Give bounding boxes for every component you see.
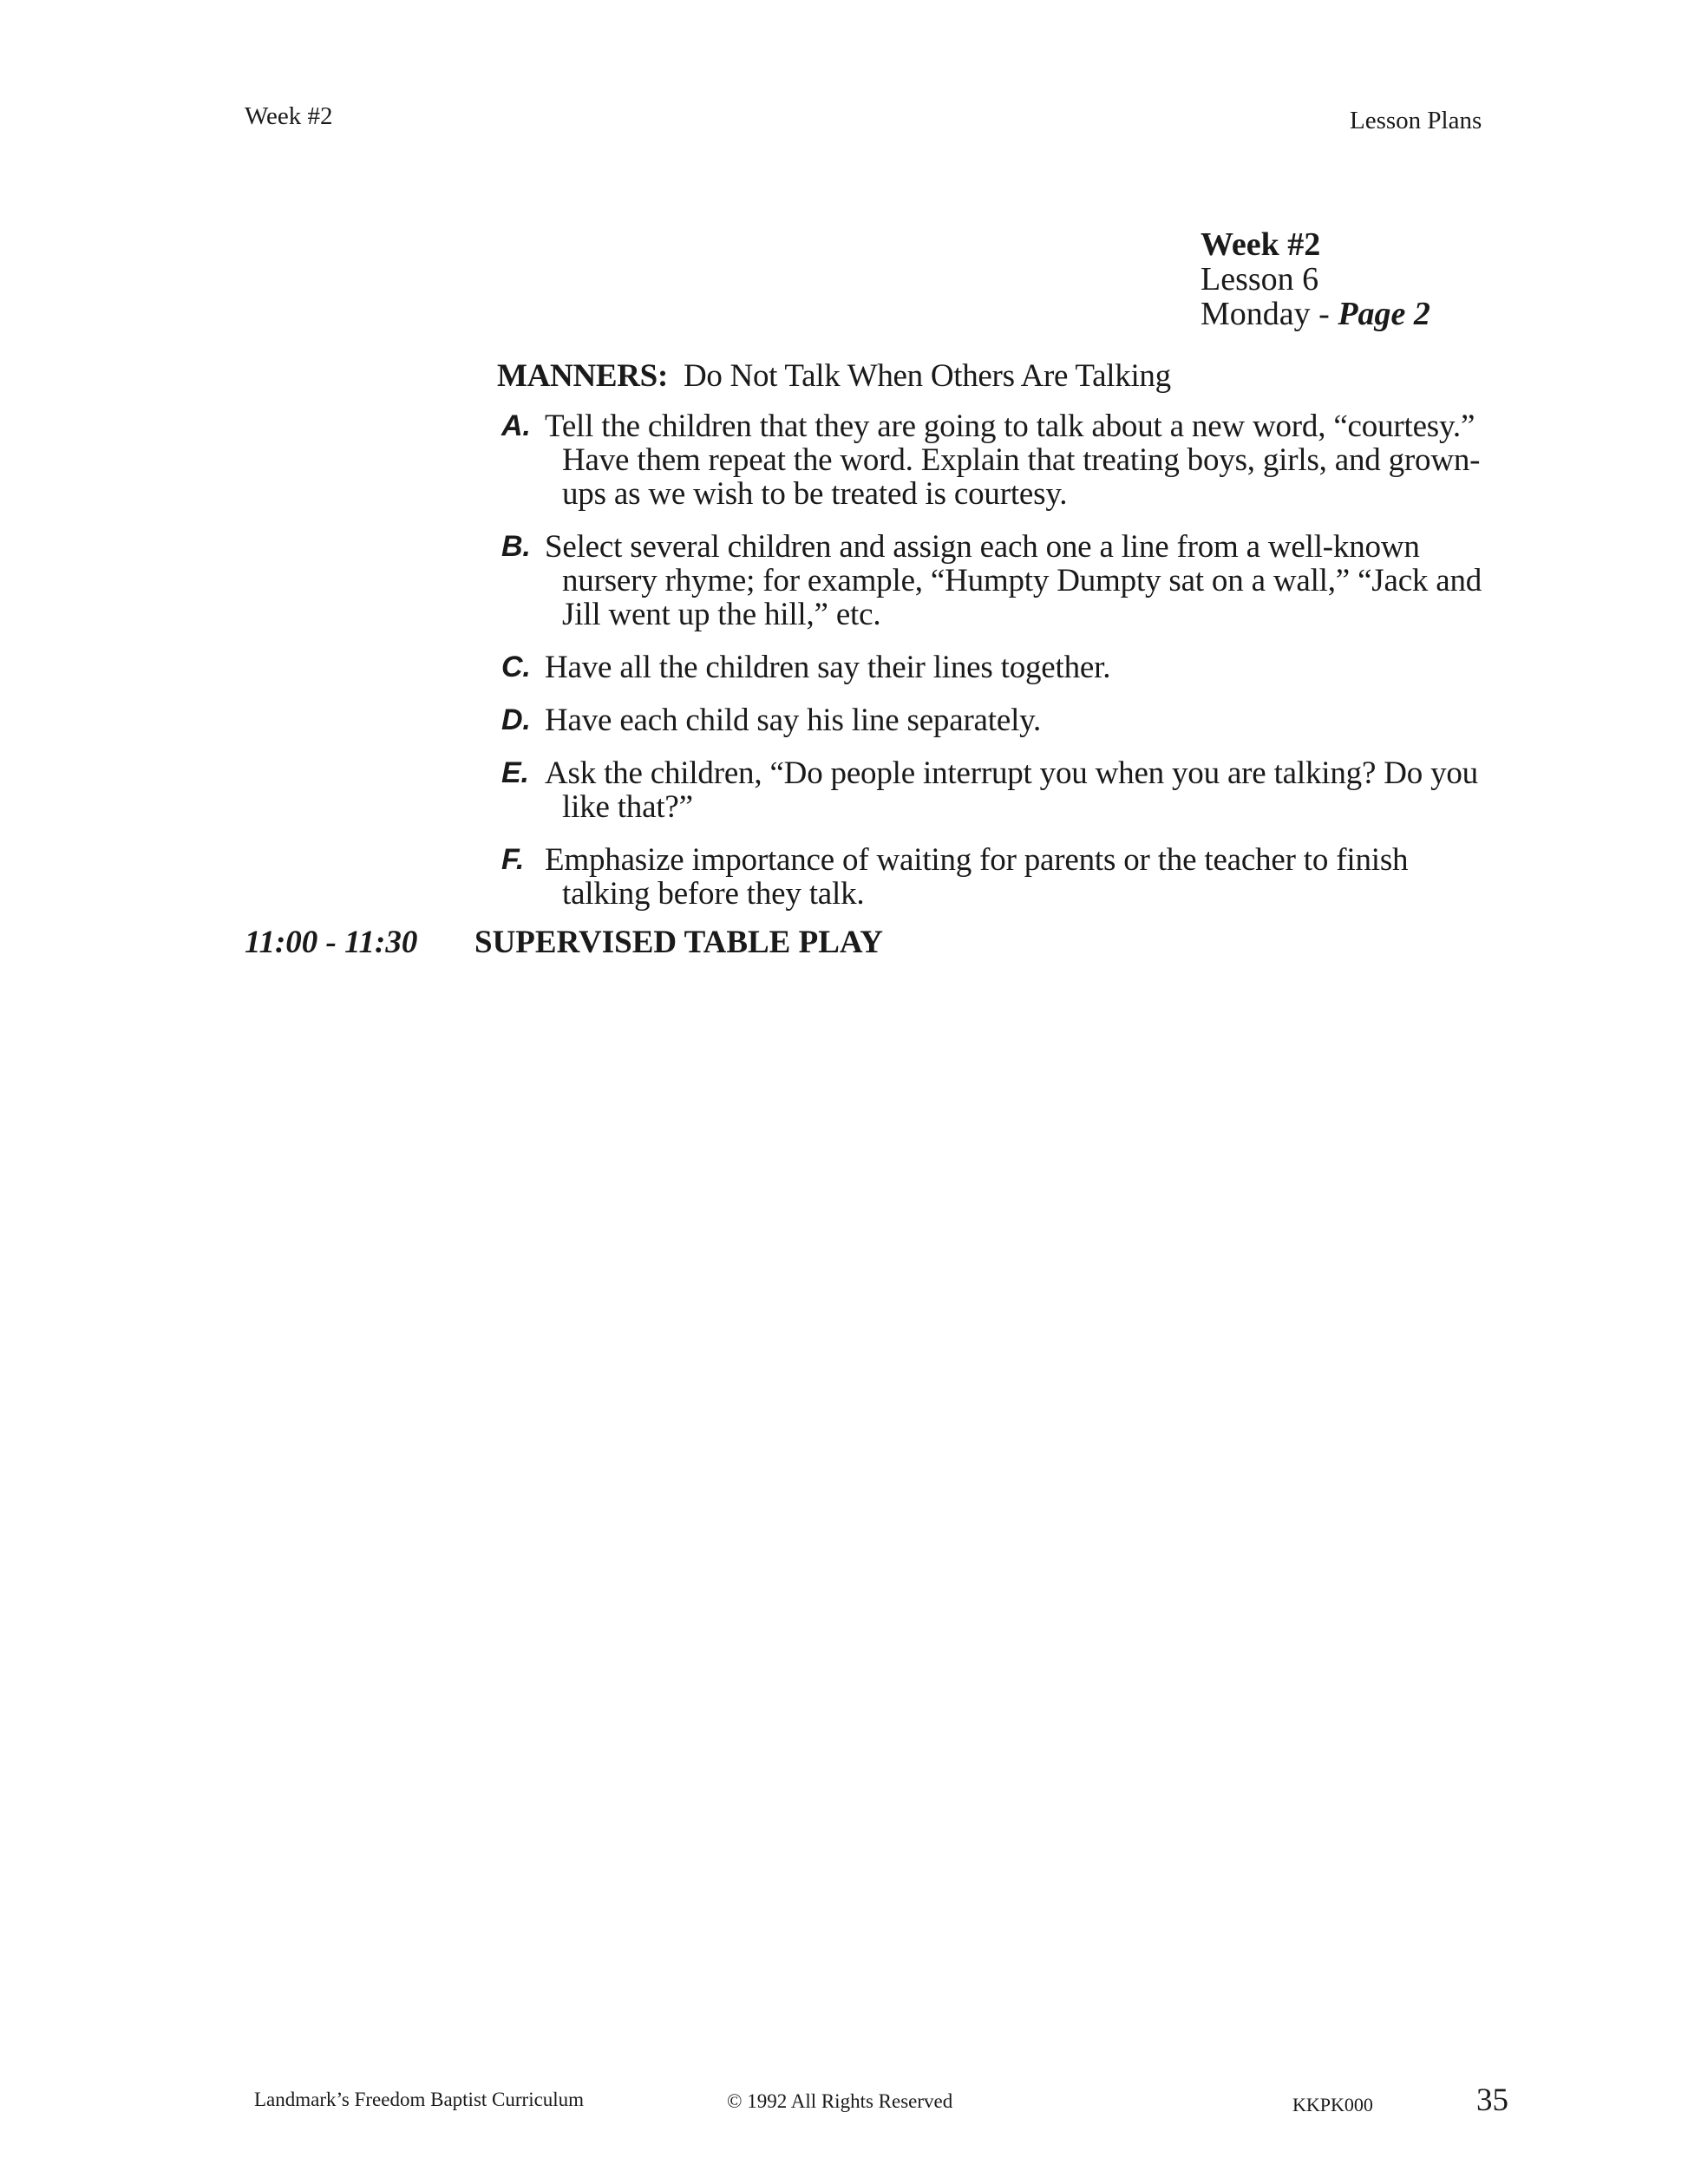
step-item: D. Have each child say his line separate… xyxy=(501,703,1499,737)
step-letter: D. xyxy=(501,703,531,737)
page-number: 35 xyxy=(1476,2082,1508,2119)
step-item: B. Select several children and assign ea… xyxy=(501,530,1499,631)
step-item: C. Have all the children say their lines… xyxy=(501,651,1499,684)
step-text: Ask the children, “Do people interrupt y… xyxy=(545,756,1499,824)
schedule-row: 11:00 - 11:30SUPERVISED TABLE PLAY xyxy=(245,924,883,961)
manners-title: Do Not Talk When Others Are Talking xyxy=(684,358,1171,394)
manners-label: MANNERS: xyxy=(497,358,668,394)
lesson-info-block: Week #2 Lesson 6 Monday - Page 2 xyxy=(1201,227,1430,331)
step-item: F. Emphasize importance of waiting for p… xyxy=(501,843,1499,911)
footer-publisher: Landmark’s Freedom Baptist Curriculum xyxy=(254,2089,584,2111)
step-text: Select several children and assign each … xyxy=(545,530,1499,631)
step-item: A. Tell the children that they are going… xyxy=(501,409,1499,511)
footer-code: KKPK000 xyxy=(1292,2094,1373,2116)
step-letter: E. xyxy=(501,756,529,790)
steps-list: A. Tell the children that they are going… xyxy=(501,409,1499,930)
lesson-day: Monday - xyxy=(1201,296,1338,332)
step-letter: F. xyxy=(501,843,524,877)
step-text: Have each child say his line separately. xyxy=(545,703,1499,737)
step-letter: A. xyxy=(501,409,531,443)
manners-heading: MANNERS:Do Not Talk When Others Are Talk… xyxy=(497,357,1171,395)
schedule-activity: SUPERVISED TABLE PLAY xyxy=(474,925,883,960)
schedule-time: 11:00 - 11:30 xyxy=(245,924,474,961)
lesson-week: Week #2 xyxy=(1201,227,1430,262)
lesson-number: Lesson 6 xyxy=(1201,262,1430,297)
step-text: Emphasize importance of waiting for pare… xyxy=(545,843,1499,911)
step-text: Have all the children say their lines to… xyxy=(545,651,1499,684)
footer-copyright: © 1992 All Rights Reserved xyxy=(727,2090,952,2113)
step-item: E. Ask the children, “Do people interrup… xyxy=(501,756,1499,824)
running-header-left: Week #2 xyxy=(245,102,333,131)
lesson-page: Page 2 xyxy=(1338,296,1430,332)
lesson-day-line: Monday - Page 2 xyxy=(1201,297,1430,331)
step-letter: C. xyxy=(501,651,531,684)
step-text: Tell the children that they are going to… xyxy=(545,409,1499,511)
running-header-right: Lesson Plans xyxy=(1350,107,1482,135)
step-letter: B. xyxy=(501,530,531,564)
